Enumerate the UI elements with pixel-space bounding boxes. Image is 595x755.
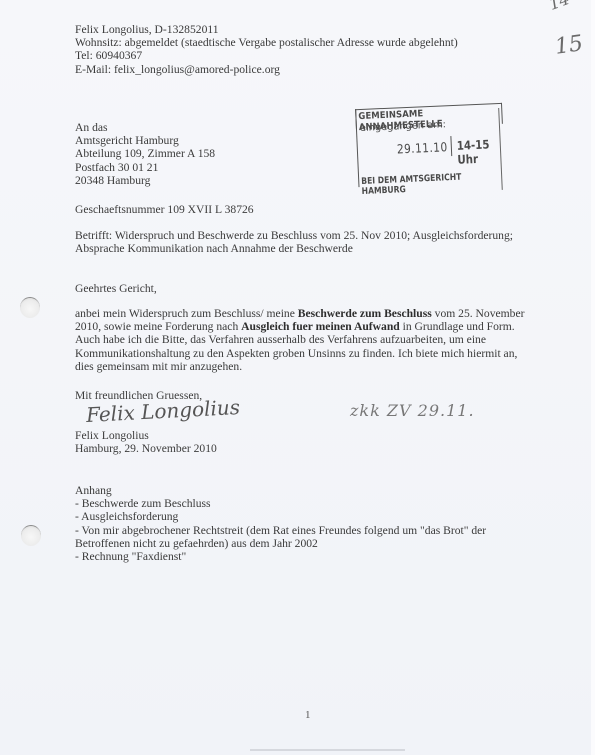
stamp-received-label: eingegangen am: bbox=[360, 119, 446, 134]
attachments-heading: Anhang bbox=[75, 484, 486, 497]
bold-ausgleich: Ausgleich fuer meinen Aufwand bbox=[241, 320, 400, 333]
body-line-3: Auch habe ich die Bitte, das Verfahren a… bbox=[75, 333, 524, 346]
recipient-line: 20348 Hamburg bbox=[75, 174, 215, 187]
signer-name: Felix Longolius bbox=[75, 429, 149, 442]
recipient-line: Postfach 30 01 21 bbox=[75, 161, 215, 174]
hole-punch-bottom bbox=[21, 525, 41, 546]
body-paragraph: anbei mein Widerspruch zum Beschluss/ me… bbox=[75, 307, 524, 373]
body-line-5: dies gemeinsam mit mir anzugehen. bbox=[75, 360, 524, 373]
subject-line-1: Betrifft: Widerspruch und Beschwerde zu … bbox=[75, 229, 513, 242]
hole-punch-top bbox=[20, 297, 40, 318]
attachment-item: - Beschwerde zum Beschluss bbox=[75, 497, 486, 510]
received-stamp: GEMEINSAME ANNAHMESTELLE eingegangen am:… bbox=[355, 103, 505, 199]
case-number: Geschaeftsnummer 109 XVII L 38726 bbox=[75, 203, 254, 216]
sender-tel: Tel: 60940367 bbox=[75, 49, 458, 62]
body-line-4: Kommunikationshaltung zu den Aspekten gr… bbox=[75, 347, 524, 360]
body-line-1: anbei mein Widerspruch zum Beschluss/ me… bbox=[75, 307, 524, 320]
recipient-line: Abteilung 109, Zimmer A 158 bbox=[75, 147, 215, 160]
attachment-item: Betroffenen nicht zu gefaehrden) aus dem… bbox=[75, 537, 486, 550]
recipient-line: An das bbox=[75, 121, 215, 134]
handwritten-note: zkk ZV 29.11. bbox=[350, 401, 475, 420]
page-edge bbox=[591, 0, 595, 755]
stamp-separator bbox=[450, 136, 452, 156]
page-bottom-edge bbox=[250, 749, 405, 751]
handwritten-corner-mark: 14 bbox=[546, 0, 572, 14]
sender-residence: Wohnsitz: abgemeldet (staedtische Vergab… bbox=[75, 36, 458, 49]
attachment-item: - Von mir abgebrochener Rechtstreit (dem… bbox=[75, 524, 486, 537]
stamp-date: 29.11.10 bbox=[397, 139, 448, 156]
salutation: Geehrtes Gericht, bbox=[75, 282, 157, 295]
subject-line-2: Absprache Kommunikation nach Annahme der… bbox=[75, 242, 513, 255]
sender-name: Felix Longolius, D-132852011 bbox=[75, 23, 458, 36]
stamp-time: 14-15 Uhr bbox=[456, 137, 496, 167]
recipient-block: An das Amtsgericht Hamburg Abteilung 109… bbox=[75, 121, 215, 187]
bold-beschwerde: Beschwerde zum Beschluss bbox=[298, 307, 432, 320]
handwritten-page-mark: 15 bbox=[553, 31, 584, 60]
attachment-item: - Rechnung "Faxdienst" bbox=[75, 550, 486, 563]
recipient-line: Amtsgericht Hamburg bbox=[75, 134, 215, 147]
body-line-2: 2010, sowie meine Forderung nach Ausglei… bbox=[75, 320, 524, 333]
sender-block: Felix Longolius, D-132852011 Wohnsitz: a… bbox=[75, 23, 458, 76]
document-page: 14 15 Felix Longolius, D-132852011 Wohns… bbox=[0, 0, 595, 755]
attachment-item: - Ausgleichsforderung bbox=[75, 510, 486, 523]
place-date: Hamburg, 29. November 2010 bbox=[75, 442, 217, 455]
subject-block: Betrifft: Widerspruch und Beschwerde zu … bbox=[75, 229, 513, 255]
sender-email: E-Mail: felix_longolius@amored-police.or… bbox=[75, 63, 458, 76]
stamp-court: BEI DEM AMTSGERICHT HAMBURG bbox=[361, 172, 483, 197]
page-number: 1 bbox=[305, 709, 311, 721]
attachments-block: Anhang - Beschwerde zum Beschluss - Ausg… bbox=[75, 484, 486, 563]
